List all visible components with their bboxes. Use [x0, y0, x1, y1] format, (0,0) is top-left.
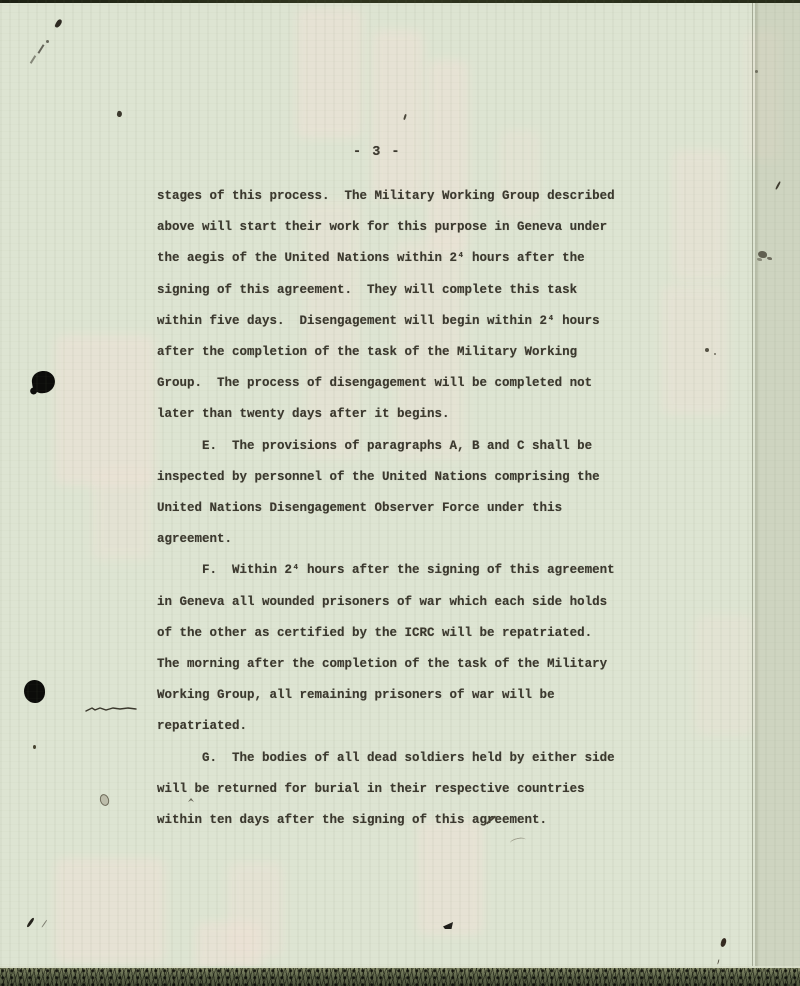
page-edge-band-right — [755, 0, 800, 986]
text-line: of the other as certified by the ICRC wi… — [157, 618, 615, 649]
scan-edge-band-bottom — [0, 966, 800, 986]
pencil-scribble-top-left — [30, 55, 36, 64]
text-line: Group. The process of disengagement will… — [157, 368, 615, 399]
text-line: E. The provisions of paragraphs A, B and… — [157, 431, 615, 462]
document-body: stages of this process. The Military Wor… — [157, 181, 615, 836]
text-line: G. The bodies of all dead soldiers held … — [157, 743, 615, 774]
pencil-scribble-top-left — [38, 44, 45, 54]
ink-speck — [33, 745, 36, 749]
paper-tint-patch — [196, 922, 262, 970]
page-crease-right — [752, 0, 753, 986]
text-line: repatriated. — [157, 711, 615, 742]
text-line: F. Within 2⁴ hours after the signing of … — [157, 555, 615, 586]
page-number: - 3 - — [353, 145, 401, 160]
text-line: will be returned for burial in their res… — [157, 774, 615, 805]
text-line: above will start their work for this pur… — [157, 212, 615, 243]
pencil-comma-mark — [54, 18, 62, 28]
paper-tint-patch — [55, 335, 155, 485]
text-line: after the completion of the task of the … — [157, 337, 615, 368]
hole-punch-mark-lower — [24, 680, 45, 703]
text-line: later than twenty days after it begins. — [157, 399, 615, 430]
paper-tint-patch — [297, 8, 362, 138]
text-line: inspected by personnel of the United Nat… — [157, 462, 615, 493]
hole-punch-mark-upper — [31, 370, 57, 395]
text-line: signing of this agreement. They will com… — [157, 275, 615, 306]
pencil-oval-mark — [98, 793, 110, 807]
text-line: within ten days after the signing of thi… — [157, 805, 615, 836]
paper-tint-patch — [92, 470, 152, 560]
text-line: the aegis of the United Nations within 2… — [157, 243, 615, 274]
text-line: Working Group, all remaining prisoners o… — [157, 680, 615, 711]
pencil-dot-mark — [46, 40, 49, 43]
text-line: agreement. — [157, 524, 615, 555]
paper-tint-patch — [662, 285, 727, 415]
paper-tint-patch — [672, 150, 727, 280]
paper-tint-patch — [418, 820, 483, 935]
ink-dash-squiggle — [84, 704, 138, 716]
ink-tick-mark — [26, 917, 35, 928]
paper-tint-patch — [695, 615, 755, 735]
text-line: in Geneva all wounded prisoners of war w… — [157, 587, 615, 618]
text-line: within five days. Disengagement will beg… — [157, 306, 615, 337]
text-line: The morning after the completion of the … — [157, 649, 615, 680]
ink-speck — [755, 70, 758, 73]
ink-speck — [116, 110, 122, 117]
ink-comma-mark — [720, 938, 727, 948]
scanned-document-page: - 3 - stages of this process. The Milita… — [0, 0, 800, 986]
paper-tint-patch — [55, 858, 165, 963]
text-line: stages of this process. The Military Wor… — [157, 181, 615, 212]
ink-speck — [705, 348, 709, 352]
pencil-squiggle-mark — [509, 836, 526, 846]
paper-tint-patch — [373, 30, 423, 200]
text-line: United Nations Disengagement Observer Fo… — [157, 493, 615, 524]
scan-edge-strip-top — [0, 0, 800, 3]
ink-smudge — [758, 251, 767, 258]
